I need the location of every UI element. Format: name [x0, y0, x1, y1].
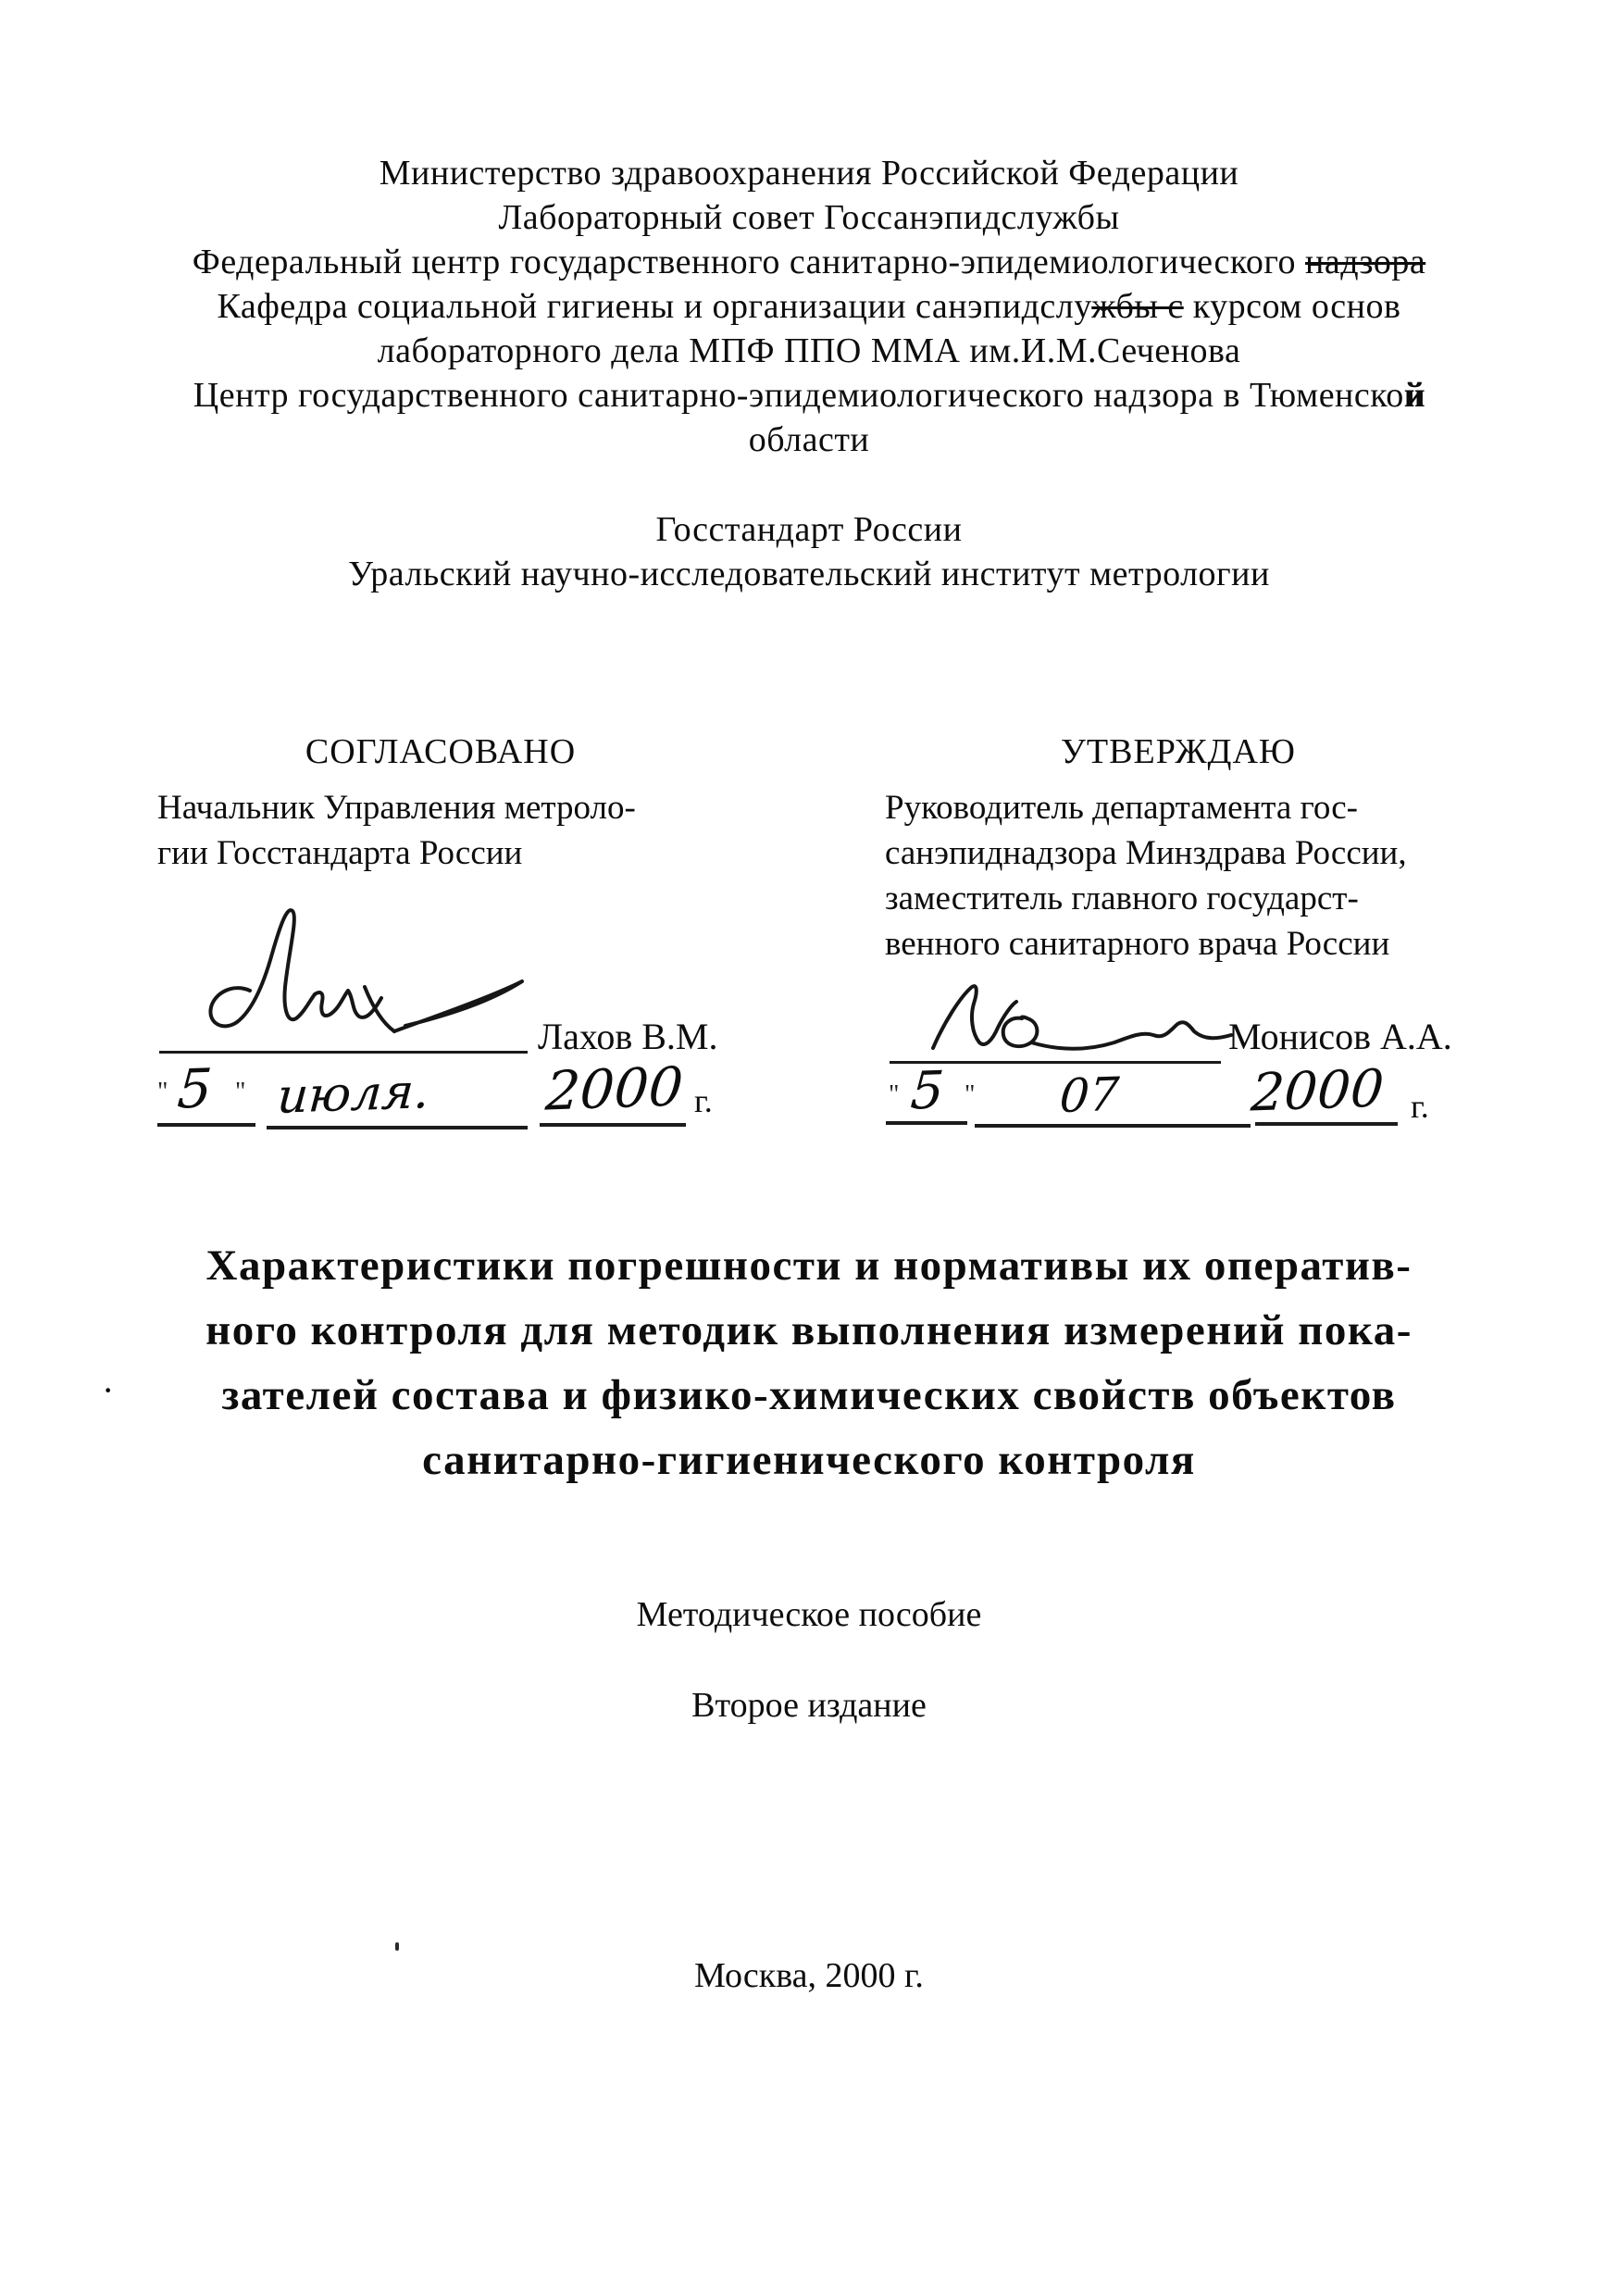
approval-right-role-line-1: Руководитель департамента гос- — [885, 785, 1472, 830]
org-header: Министерство здравоохранения Российской … — [50, 151, 1568, 462]
date-open-quote-right: " — [889, 1080, 899, 1110]
smudged-letter: й — [1404, 376, 1425, 415]
scanned-document-page: Министерство здравоохранения Российской … — [0, 0, 1618, 2296]
struck-word-nadzora: надзора — [1305, 243, 1425, 281]
approval-right-role-line-2: санэпиднадзора Минздрава России, — [885, 830, 1472, 876]
subtitle: Методическое пособие — [50, 1594, 1568, 1635]
approval-left-role-line-2: гии Госстандарта России — [157, 830, 724, 876]
signatory-name-lakhov: Лахов В.М. — [538, 1015, 718, 1058]
date-underline-right-year — [1255, 1122, 1398, 1126]
org-line-5: лабораторного дела МПФ ППО ММА им.И.М.Се… — [50, 329, 1568, 373]
approval-left-block: СОГЛАСОВАНО Начальник Управления метроло… — [157, 731, 724, 876]
gosstandart-line-2: Уральский научно-исследовательский инсти… — [50, 552, 1568, 596]
date-suffix-right: г. — [1411, 1087, 1429, 1126]
gosstandart-line-1: Госстандарт России — [50, 507, 1568, 552]
org-line-4-tail: курсом основ — [1184, 287, 1401, 326]
date-day-left: 5 — [176, 1056, 215, 1120]
date-underline-right-month — [975, 1124, 1251, 1128]
approval-left-role-line-1: Начальник Управления метроло- — [157, 785, 724, 830]
edition-label: Второе издание — [50, 1685, 1568, 1726]
org-line-3-text: Федеральный центр государственного санит… — [193, 243, 1305, 281]
org-line-4-text: Кафедра социальной гигиены и организации… — [218, 287, 1092, 326]
date-month-left: июля. — [276, 1064, 431, 1125]
imprint-line: Москва, 2000 г. — [50, 1955, 1568, 1996]
org-line-1: Министерство здравоохранения Российской … — [50, 151, 1568, 195]
date-underline-right-day — [886, 1121, 967, 1125]
org-line-6-text: Центр государственного санитарно-эпидеми… — [193, 376, 1404, 415]
date-year-left: 2000 — [543, 1054, 685, 1122]
struck-word-sluzhby: жбы с — [1091, 287, 1184, 326]
date-underline-left-month — [267, 1126, 528, 1129]
title-line-1: Характеристики погрешности и нормативы и… — [50, 1233, 1568, 1298]
date-suffix-left: г. — [694, 1081, 713, 1120]
signatory-name-monisov: Монисов А.А. — [1228, 1015, 1452, 1058]
signature-rule-left — [159, 1051, 528, 1054]
approval-right-role-line-4: венного санитарного врача России — [885, 921, 1472, 967]
document-title: Характеристики погрешности и нормативы и… — [50, 1233, 1568, 1492]
signature-monisov-icon — [924, 978, 1234, 1065]
title-line-3: зателей состава и физико-химических свой… — [50, 1363, 1568, 1428]
approval-heading-soglasovano: СОГЛАСОВАНО — [157, 731, 724, 772]
date-day-right: 5 — [909, 1060, 946, 1121]
org-line-6: Центр государственного санитарно-эпидеми… — [50, 373, 1568, 418]
title-line-4: санитарно-гигиенического контроля — [50, 1428, 1568, 1492]
approval-right-block: УТВЕРЖДАЮ Руководитель департамента гос-… — [885, 731, 1472, 967]
margin-dot-artifact: · — [102, 1368, 114, 1412]
org-line-7: области — [50, 418, 1568, 462]
date-open-quote-left: " — [157, 1078, 168, 1107]
date-underline-left-day — [157, 1123, 255, 1127]
title-line-2: ного контроля для методик выполнения изм… — [50, 1298, 1568, 1363]
date-month-right: 07 — [1058, 1067, 1121, 1123]
date-close-quote-left: " — [235, 1078, 245, 1107]
stray-ink-mark — [395, 1942, 399, 1951]
approval-heading-utverzhdayu: УТВЕРЖДАЮ — [885, 731, 1472, 772]
date-year-right: 2000 — [1250, 1059, 1387, 1124]
date-underline-left-year — [540, 1123, 686, 1127]
gosstandart-block: Госстандарт России Уральский научно-иссл… — [50, 507, 1568, 596]
org-line-4: Кафедра социальной гигиены и организации… — [50, 284, 1568, 329]
approval-right-role-line-3: заместитель главного государст- — [885, 876, 1472, 921]
signature-lakhov-icon — [181, 894, 533, 1057]
org-line-3: Федеральный центр государственного санит… — [50, 240, 1568, 284]
org-line-2: Лабораторный совет Госсанэпидслужбы — [50, 195, 1568, 240]
date-close-quote-right: " — [965, 1080, 975, 1110]
